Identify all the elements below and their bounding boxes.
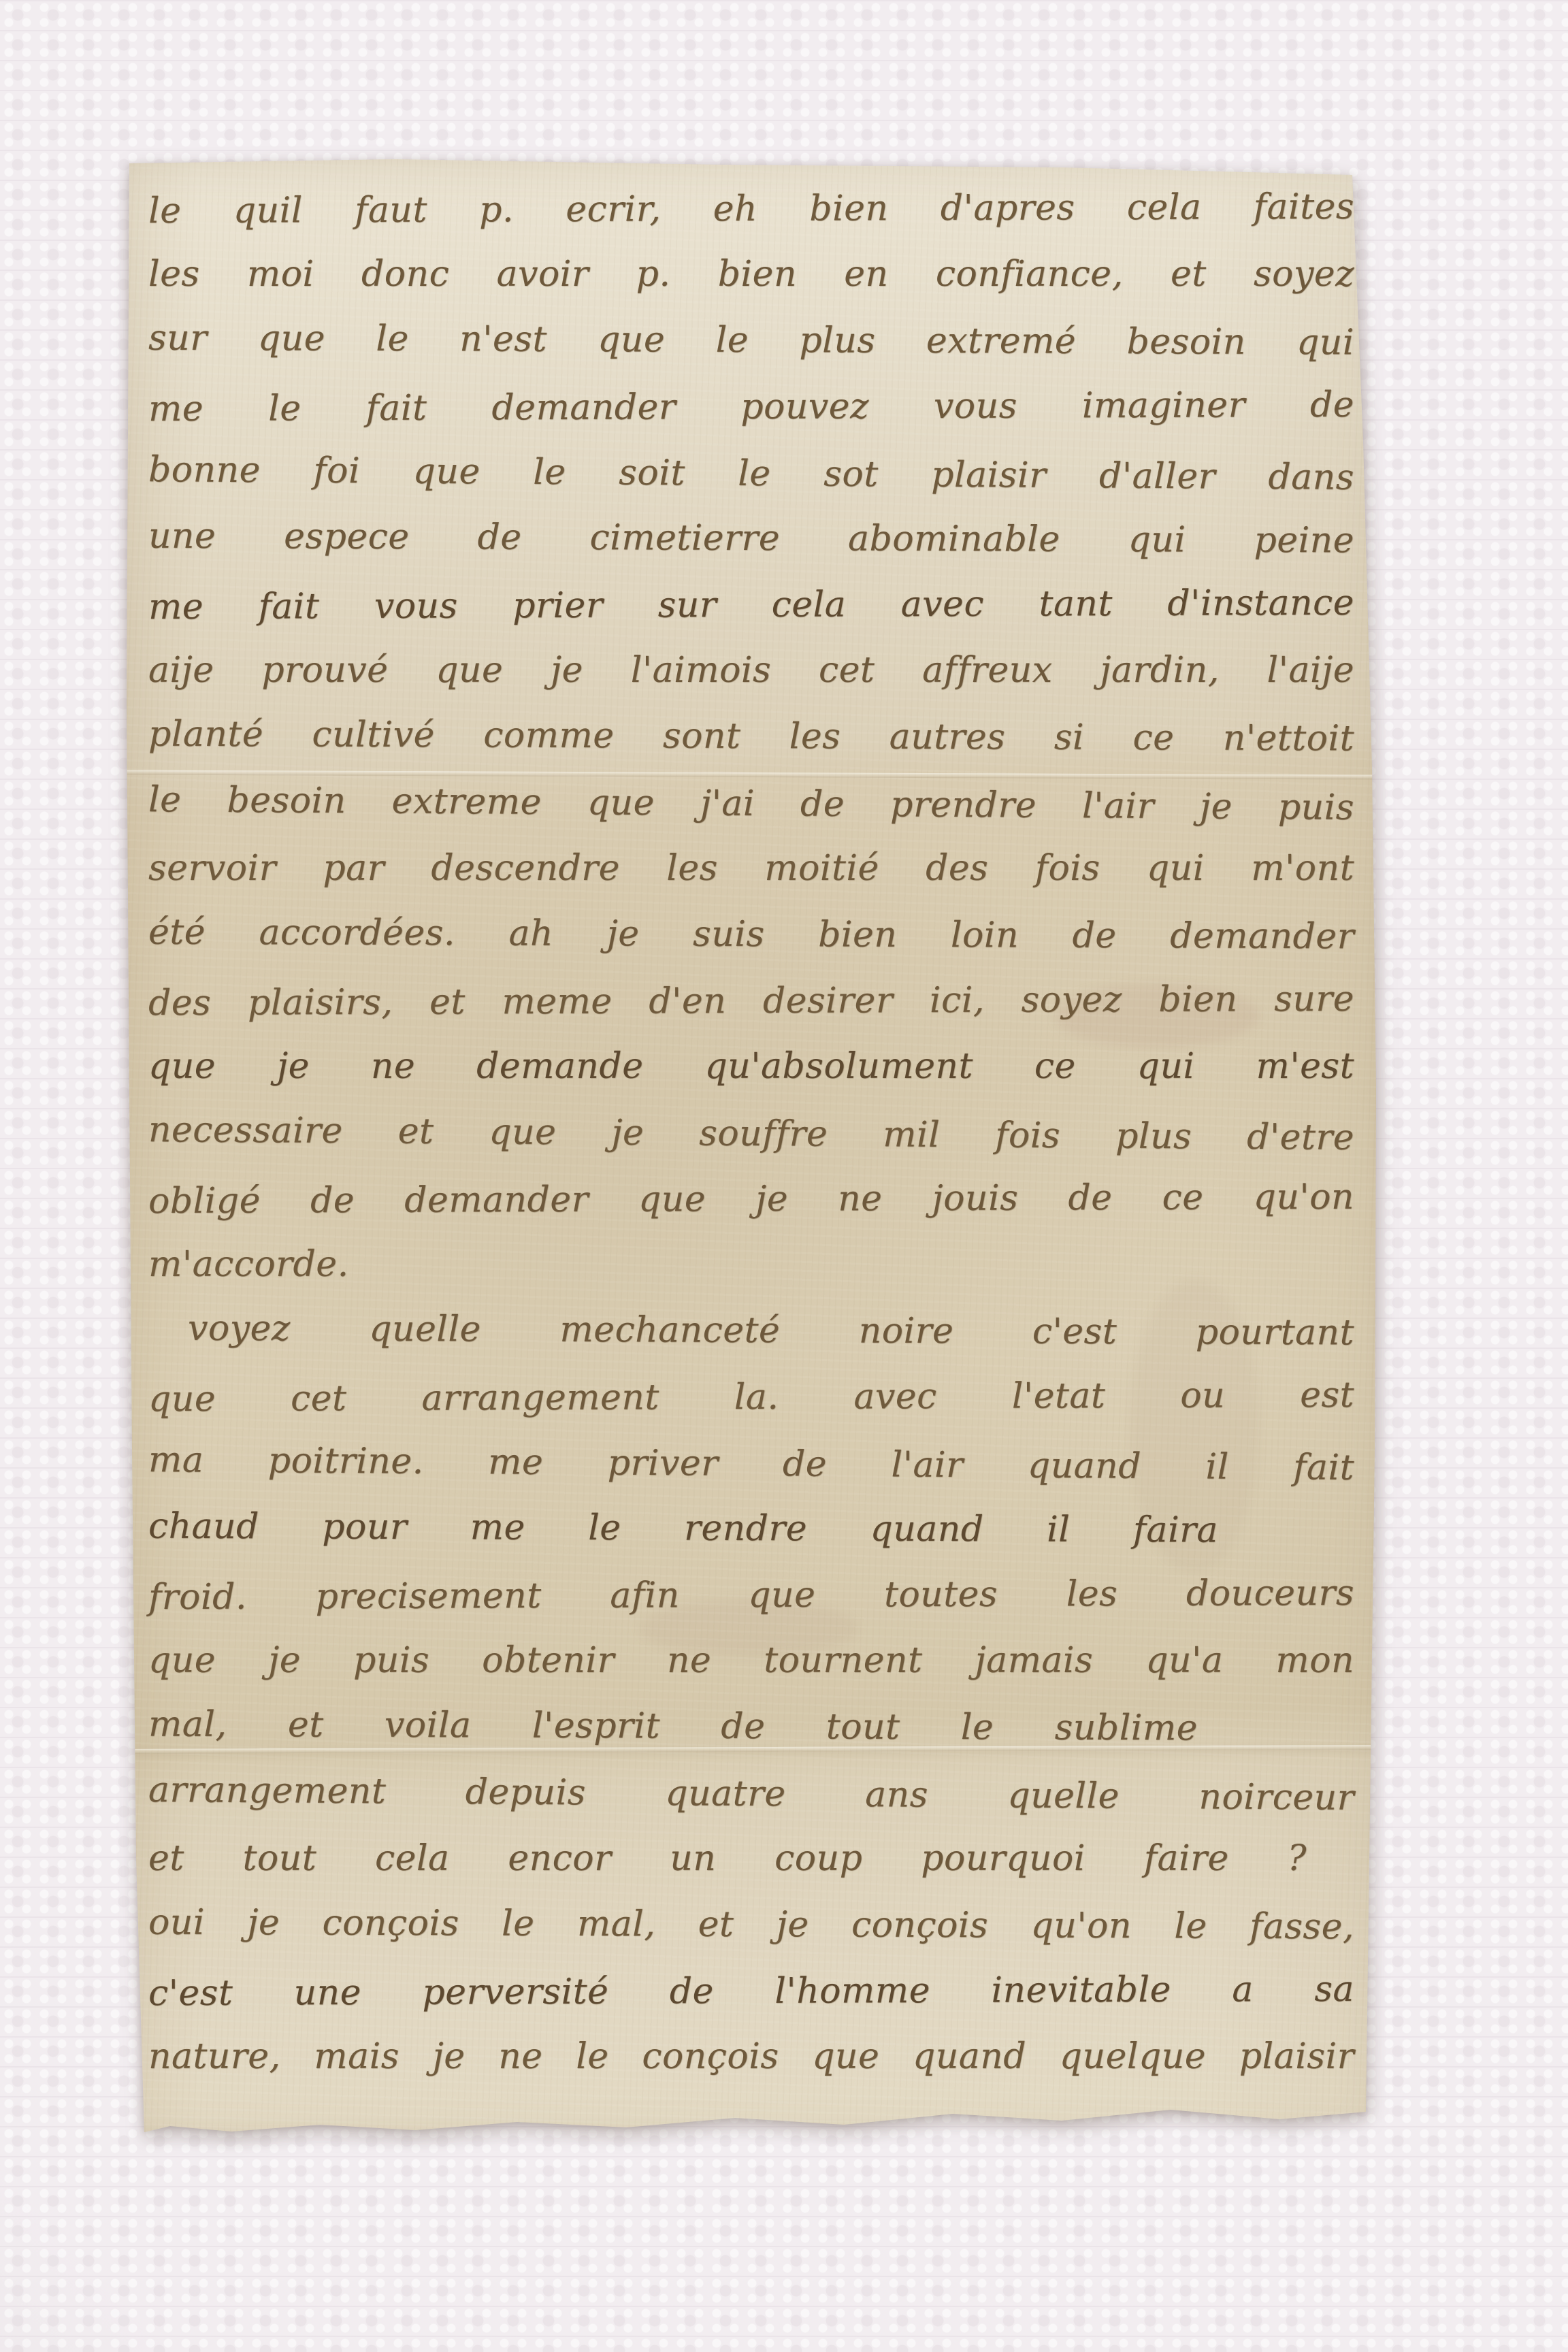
manuscript-line: les moi donc avoir p. bien en confiance,… xyxy=(148,242,1354,308)
manuscript-line: mal, et voila l'esprit de tout le sublim… xyxy=(148,1692,1354,1763)
manuscript-line: le besoin extreme que j'ai de prendre l'… xyxy=(148,767,1355,841)
manuscript-line: chaud pour me le rendre quand il faira xyxy=(148,1494,1354,1565)
manuscript-line: oui je conçois le mal, et je conçois qu'… xyxy=(148,1890,1354,1961)
manuscript-line: sur que le n'est que le plus extremé bes… xyxy=(148,306,1354,376)
manuscript-line: voyez quelle mechanceté noire c'est pour… xyxy=(148,1296,1354,1367)
manuscript-line: et tout cela encor un coup pourquoi fair… xyxy=(148,1826,1354,1892)
manuscript-line: été accordées. ah je suis bien loin de d… xyxy=(148,900,1354,970)
manuscript-line: bonne foi que le soit le sot plaisir d'a… xyxy=(148,437,1355,511)
manuscript-line: planté cultivé comme sont les autres si … xyxy=(148,702,1354,772)
manuscript-line: servoir par descendre les moitié des foi… xyxy=(148,836,1354,902)
photo-backdrop: le quil faut p. ecrir, eh bien d'apres c… xyxy=(0,0,1568,2352)
manuscript-line: me le fait demander pouvez vous imaginer… xyxy=(148,372,1354,442)
manuscript-line: me fait vous prier sur cela avec tant d'… xyxy=(148,570,1354,640)
manuscript-line: ma poitrine. me priver de l'air quand il… xyxy=(148,1427,1355,1501)
letter-paper: le quil faut p. ecrir, eh bien d'apres c… xyxy=(109,157,1388,2151)
manuscript-line: necessaire et que je souffre mil fois pl… xyxy=(148,1097,1355,1171)
manuscript-line: arrangement depuis quatre ans quelle noi… xyxy=(148,1757,1355,1831)
manuscript-line: le quil faut p. ecrir, eh bien d'apres c… xyxy=(148,174,1354,244)
manuscript-line: obligé de demander que je ne jouis de ce… xyxy=(148,1164,1354,1235)
manuscript-line: aije prouvé que je l'aimois cet affreux … xyxy=(148,638,1354,704)
manuscript-line: c'est une perversité de l'homme inevitab… xyxy=(148,1957,1354,2027)
manuscript-line: que je ne demande qu'absolument ce qui m… xyxy=(148,1034,1354,1100)
manuscript-line: une espece de cimetierre abominable qui … xyxy=(148,504,1354,574)
manuscript-line: que cet arrangement la. avec l'etat ou e… xyxy=(148,1362,1354,1433)
manuscript-line: froid. precisement afin que toutes les d… xyxy=(148,1561,1354,1631)
manuscript-line: m'accorde. xyxy=(148,1232,1354,1298)
letter-paper-shadow: le quil faut p. ecrir, eh bien d'apres c… xyxy=(109,157,1388,2151)
manuscript-line: que je puis obtenir ne tournent jamais q… xyxy=(148,1628,1354,1694)
letter-text: le quil faut p. ecrir, eh bien d'apres c… xyxy=(148,176,1354,2090)
manuscript-line: des plaisirs, et meme d'en desirer ici, … xyxy=(148,966,1354,1036)
manuscript-line: nature, mais je ne le conçois que quand … xyxy=(148,2024,1354,2090)
